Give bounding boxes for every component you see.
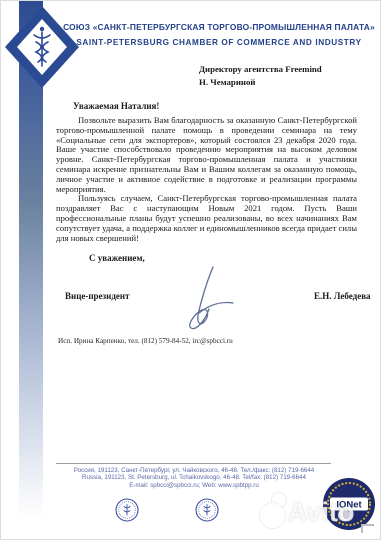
letter-paragraph-1: Позвольте выразить Вам благодарность за … [56,116,357,194]
letter-paragraph-2: Пользуясь случаем, Санкт-Петербургская т… [56,194,357,243]
handwritten-signature [177,263,239,333]
letter-body: Позвольте выразить Вам благодарность за … [56,116,357,243]
recipient-line-2: Н. Чемариной [199,76,322,89]
closing-phrase: С уважением, [89,253,145,263]
footer-address-block: Россия, 191123, Санкт-Петербург, ул. Чай… [37,467,351,489]
footer-address-ru: Россия, 191123, Санкт-Петербург, ул. Чай… [37,467,351,474]
recipient-block: Директору агентства Freemind Н. Чемарино… [199,63,322,89]
certification-seal-icon [115,498,139,522]
iqnet-label: IQNet [336,500,362,511]
recipient-line-1: Директору агентства Freemind [199,63,322,76]
iqnet-badge: IQNet [322,477,376,531]
certification-seal-icon [195,498,219,522]
footer-divider [56,463,331,464]
org-name-ru: СОЮЗ «САНКТ-ПЕТЕРБУРГСКАЯ ТОРГОВО-ПРОМЫШ… [63,22,375,32]
footer-contacts: E-mail: spbcci@spbcci.ru; Web: www.spbtp… [37,482,351,489]
signer-title: Вице-президент [65,291,130,301]
avito-logo-circle [260,503,285,528]
executor-line: Исп. Ирина Карпенко, тел. (812) 579-84-5… [58,337,233,345]
org-name-en: SAINT-PETERSBURG CHAMBER OF COMMERCE AND… [63,38,375,48]
corner-crop-mark [361,524,374,533]
footer-address-en: Russia, 191123, St. Petersburg, ul. Tcha… [37,474,351,481]
avito-logo-circle [272,493,286,507]
salutation: Уважаемая Наталия! [73,101,159,111]
letterhead-org-names: СОЮЗ «САНКТ-ПЕТЕРБУРГСКАЯ ТОРГОВО-ПРОМЫШ… [63,22,375,48]
signer-name: Е.Н. Лебедева [314,291,371,301]
letter-page: СОЮЗ «САНКТ-ПЕТЕРБУРГСКАЯ ТОРГОВО-ПРОМЫШ… [0,0,381,540]
